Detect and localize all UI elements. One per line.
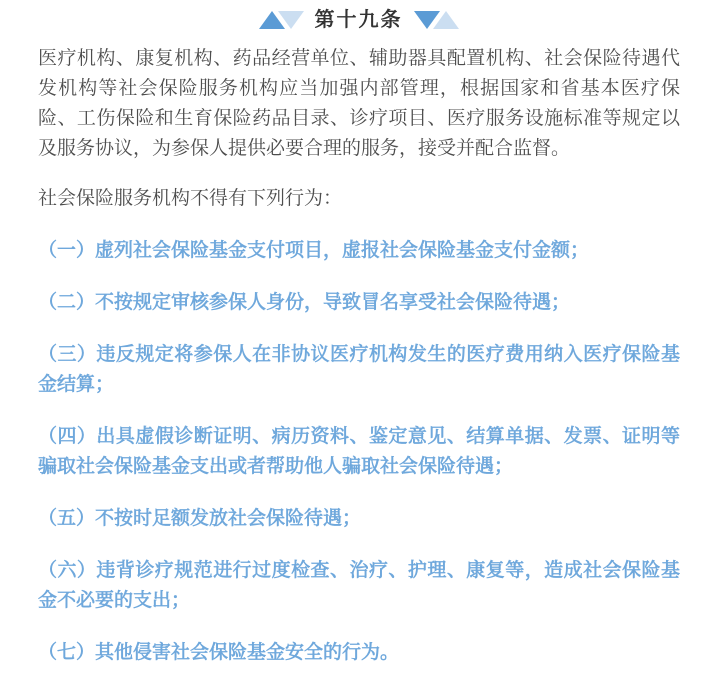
triangle-up-icon [433, 11, 459, 29]
article-header: 第十九条 [0, 6, 717, 34]
article-body: 医疗机构、康复机构、药品经营单位、辅助器具配置机构、社会保险待遇代发机构等社会保… [0, 44, 717, 668]
prohibited-item-2: （二）不按规定审核参保人身份，导致冒名享受社会保险待遇； [38, 288, 680, 318]
prohibited-item-3: （三）违反规定将参保人在非协议医疗机构发生的医疗费用纳入医疗保险基金结算； [38, 340, 680, 400]
prohibited-item-1: （一）虚列社会保险基金支付项目，虚报社会保险基金支付金额； [38, 236, 680, 266]
triangle-down-icon [278, 11, 304, 29]
article-title: 第十九条 [315, 6, 403, 34]
list-lead-in: 社会保险服务机构不得有下列行为： [38, 184, 680, 214]
article-page: 第十九条 医疗机构、康复机构、药品经营单位、辅助器具配置机构、社会保险待遇代发机… [0, 0, 717, 675]
header-right-decoration [414, 11, 459, 29]
prohibited-item-4: （四）出具虚假诊断证明、病历资料、鉴定意见、结算单据、发票、证明等骗取社会保险基… [38, 422, 680, 482]
intro-paragraph: 医疗机构、康复机构、药品经营单位、辅助器具配置机构、社会保险待遇代发机构等社会保… [38, 44, 680, 164]
prohibited-item-5: （五）不按时足额发放社会保险待遇； [38, 504, 680, 534]
header-left-decoration [259, 11, 304, 29]
prohibited-item-7: （七）其他侵害社会保险基金安全的行为。 [38, 638, 680, 668]
prohibited-item-6: （六）违背诊疗规范进行过度检查、治疗、护理、康复等，造成社会保险基金不必要的支出… [38, 556, 680, 616]
